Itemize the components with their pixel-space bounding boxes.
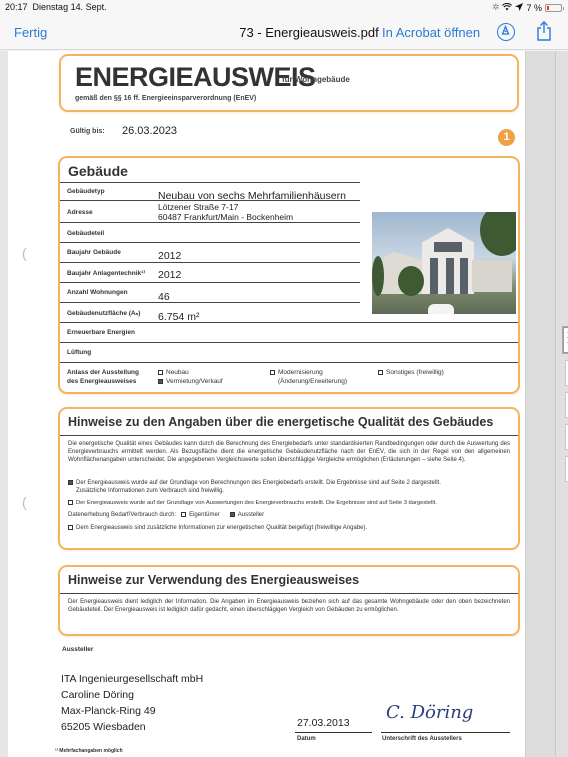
energy-quality-hints-section: Hinweise zu den Angaben über die energet… [58,407,520,550]
battery-percent: 7 % [526,3,542,13]
divider [60,593,518,594]
usage-title: Hinweise zur Verwendung des Energieauswe… [68,573,359,587]
footnote: ¹⁾ Mehrfachangaben möglich [55,748,123,754]
pdf-page[interactable]: ( ( ENERGIEAUSWEIS für Wohngebäude gemäß… [8,51,525,757]
divider [60,435,518,436]
option-energy-consumption: Der Energieausweis wurde auf der Grundla… [68,499,437,507]
certificate-title: ENERGIEAUSWEIS [75,62,316,93]
row-construction-year: Baujahr Gebäude 2012 [60,242,360,262]
status-icons: ✲ 7 % [492,2,562,13]
brightness-icon: ✲ [492,2,500,13]
page-edge-mark: ( [22,245,27,261]
row-apartment-count: Anzahl Wohnungen 46 [60,282,360,302]
signature-label: Unterschrift des Ausstellers [382,736,462,742]
open-in-acrobat-button[interactable]: In Acrobat öffnen [382,25,480,40]
wifi-icon [502,3,512,13]
certificate-subtitle: für Wohngebäude [282,75,350,84]
row-building-part: Gebäudeteil [60,222,360,242]
pdf-viewer[interactable]: ( ( ENERGIEAUSWEIS für Wohngebäude gemäß… [0,51,568,757]
building-section: Gebäude Gebäudetyp Neubau von sechs Mehr… [58,156,520,394]
issuer-address: ITA Ingenieurgesellschaft mbH Caroline D… [61,671,203,735]
checkbox-rent-sale: Vermietung/Verkauf [158,377,223,386]
status-bar: 20:17 Dienstag 14. Sept. ✲ 7 % [0,0,568,16]
valid-until-label: Gültig bis: [70,128,105,135]
usage-text: Der Energieausweis dient lediglich der I… [68,598,510,614]
row-floor-area: Gebäudenutzfläche (Aₙ) 6.754 m² [60,302,360,322]
divider [295,732,372,733]
battery-icon [545,4,562,12]
page-edge-mark: ( [22,494,27,510]
data-collection-line: Datenerhebung Bedarf/Verbrauch durch: Ei… [68,511,264,519]
thumbnail-page-1[interactable] [563,327,568,353]
certificate-law: gemäß den §§ 16 ff. Energieeinsparverord… [75,95,256,102]
option-additional-info: Dem Energieausweis sind zusätzliche Info… [68,524,367,532]
building-section-title: Gebäude [68,163,128,179]
building-photo [372,212,516,314]
checkbox-modernisation: Modernisierung(Änderung/Erweiterung) [270,368,347,386]
option-energy-demand-note: Zusätzliche Informationen zum Verbrauch … [76,487,224,495]
usage-hints-section: Hinweise zur Verwendung des Energieauswe… [58,565,520,636]
row-building-type: Gebäudetyp Neubau von sechs Mehrfamilien… [60,182,360,200]
signature: C. Döring [386,702,473,723]
row-address: Adresse Lötzener Straße 7-17 60487 Frank… [60,200,360,222]
row-ventilation: Lüftung [60,342,518,362]
issue-date: 27.03.2013 [297,717,350,729]
divider [381,732,510,733]
checkbox-new-build: Neubau [158,368,189,377]
checkbox-other: Sonstiges (freiwillig) [378,368,444,377]
navigation-bar: Fertig 73 - Energieausweis.pdf In Acroba… [0,16,568,50]
page-gutter [525,51,555,757]
markup-pen-icon[interactable] [497,23,515,41]
row-occasion: Anlass der Ausstellungdes Energieausweis… [60,362,518,392]
status-time: 20:17 Dienstag 14. Sept. [5,2,107,12]
share-icon[interactable] [536,21,552,41]
row-system-year: Baujahr Anlagentechnik¹⁾ 2012 [60,262,360,282]
page-number-badge: 1 [498,129,515,146]
option-energy-demand: Der Energieausweis wurde auf der Grundla… [68,479,441,487]
location-icon [515,3,523,13]
document-title: 73 - Energieausweis.pdf [0,25,568,40]
issuer-label: Aussteller [62,646,93,653]
row-renewable-energy: Erneuerbare Energien [60,322,518,342]
hints-title: Hinweise zu den Angaben über die energet… [68,415,493,429]
hints-intro: Die energetische Qualität eines Gebäudes… [68,440,510,464]
certificate-title-box: ENERGIEAUSWEIS für Wohngebäude gemäß den… [59,54,519,112]
valid-until-value: 26.03.2023 [122,125,177,137]
date-label: Datum [297,736,316,742]
